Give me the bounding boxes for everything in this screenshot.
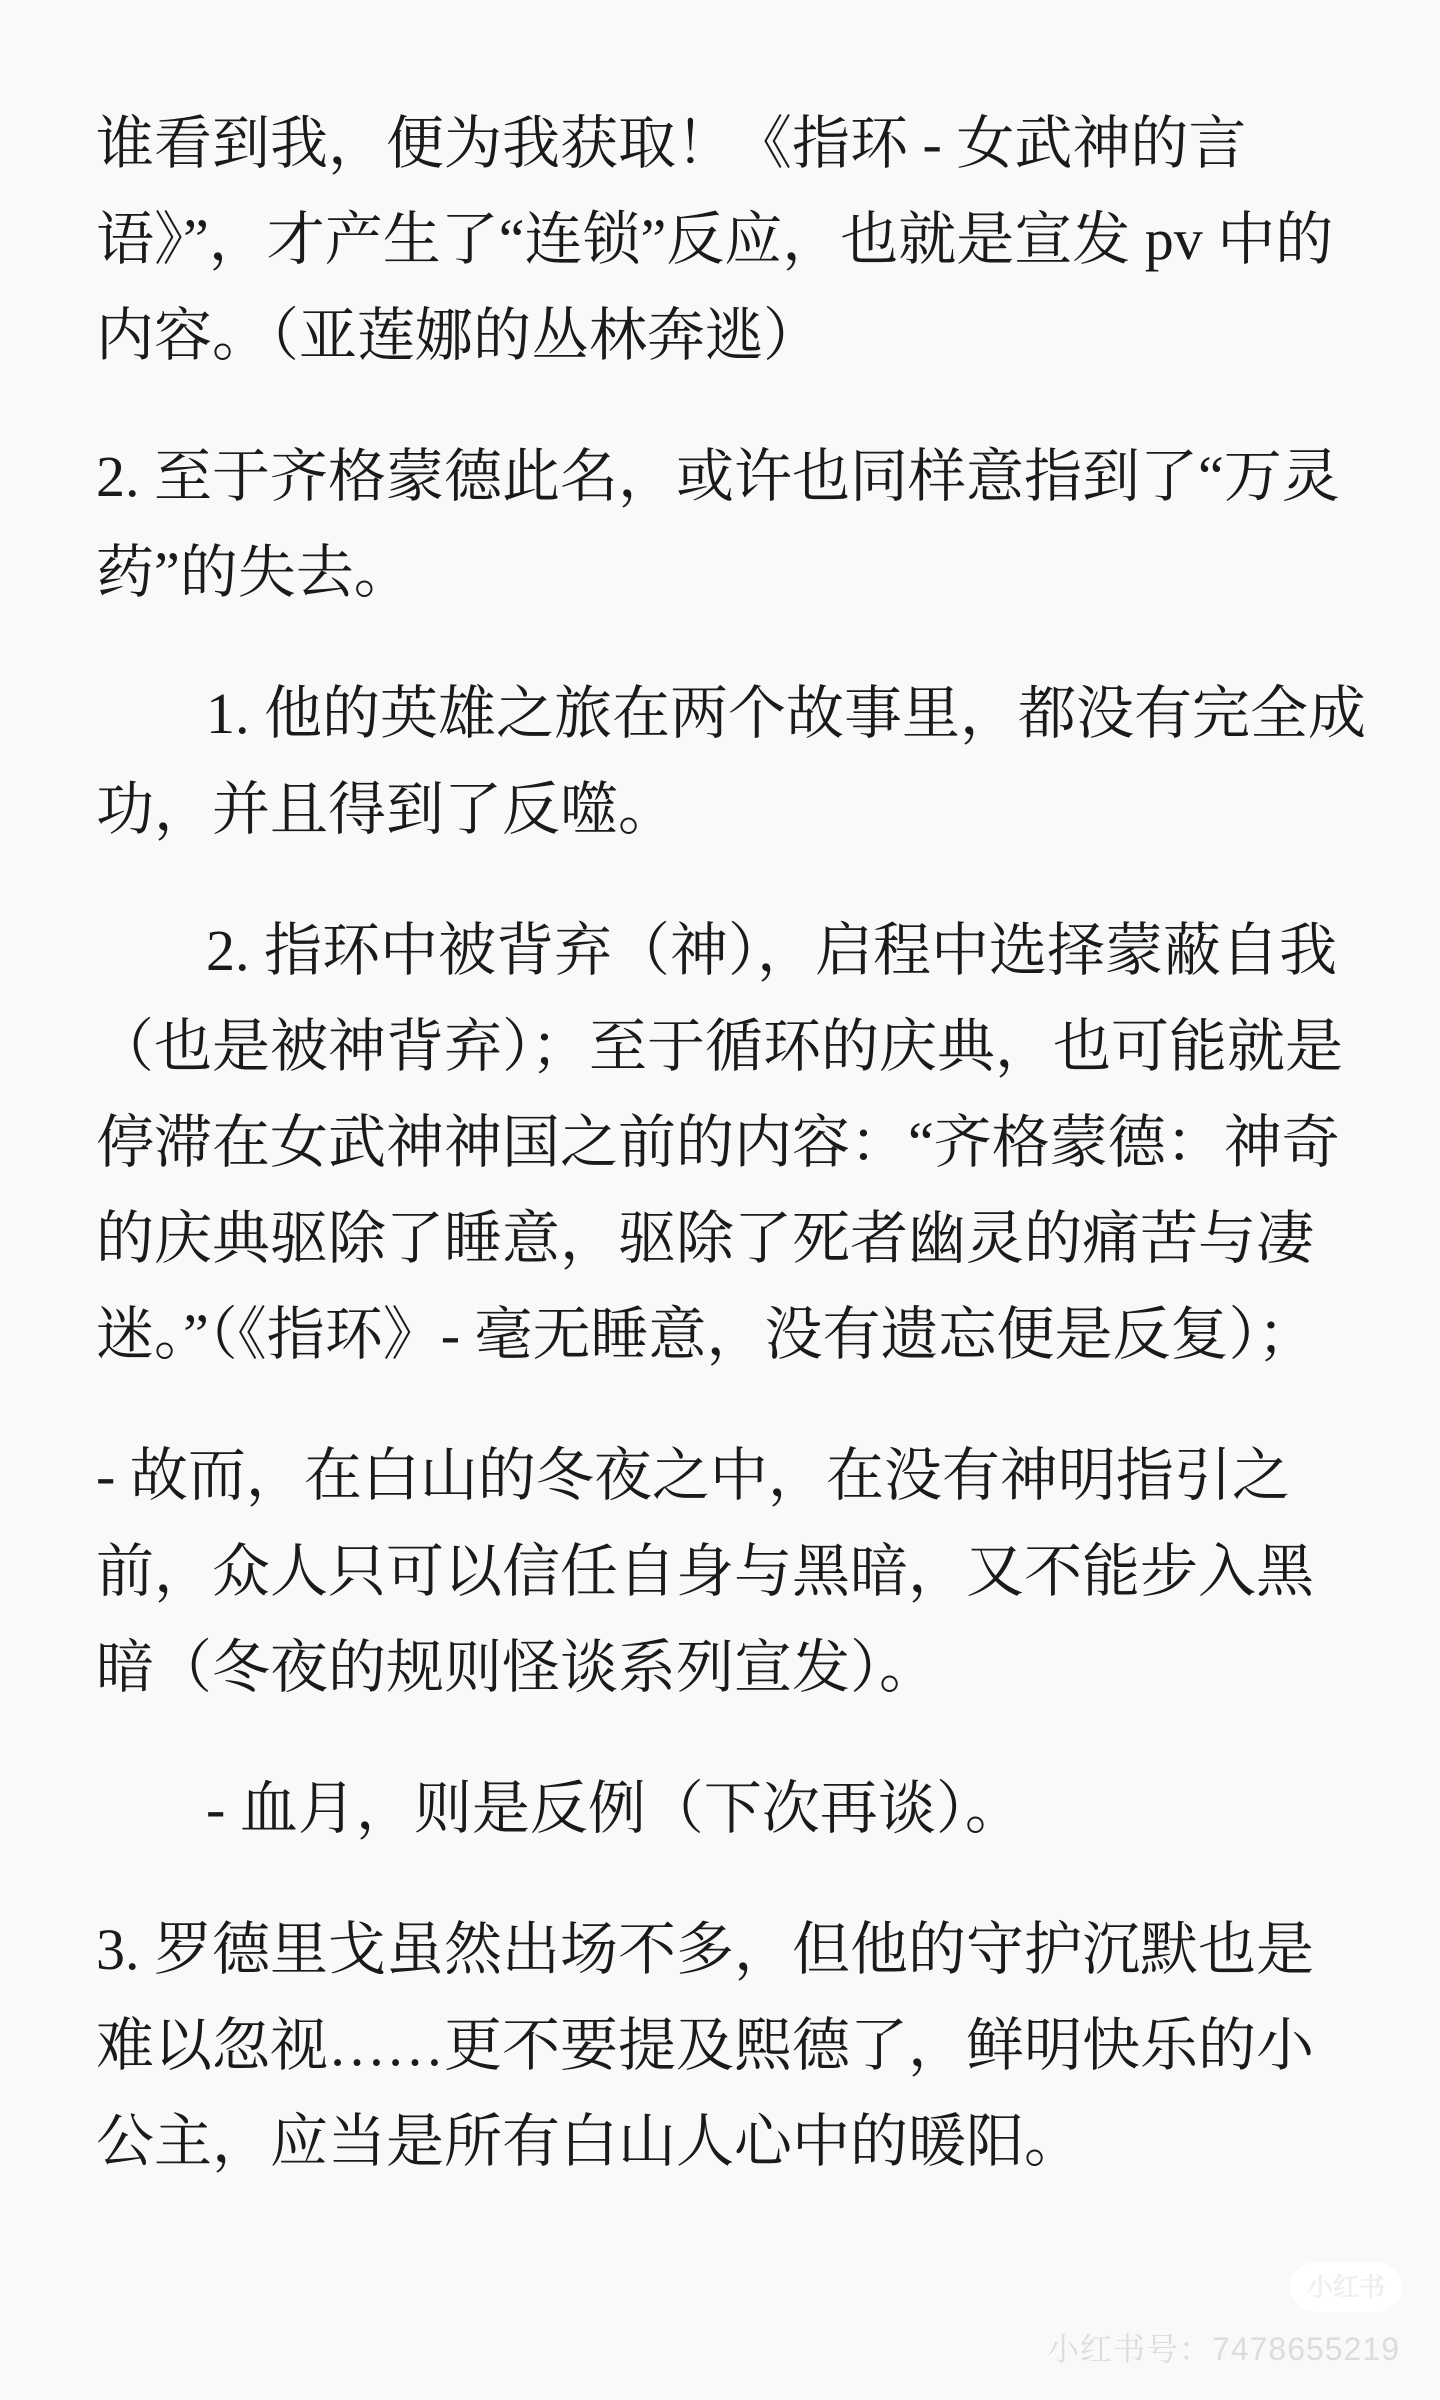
paragraph: 2. 至于齐格蒙德此名，或许也同样意指到了“万灵药”的失去。 xyxy=(96,429,1370,621)
paragraph: - 故而，在白山的冬夜之中，在没有神明指引之前，众人只可以信任自身与黑暗，又不能… xyxy=(96,1428,1370,1716)
xiaohongshu-id-watermark: 小红书号：7478655219 xyxy=(1047,2324,1400,2370)
xiaohongshu-logo-badge: 小红书 xyxy=(1290,2262,1402,2312)
xiaohongshu-logo-text: 小红书 xyxy=(1307,2272,1385,2302)
paragraph: - 血月，则是反例（下次再谈）。 xyxy=(96,1761,1370,1857)
paragraph: 2. 指环中被背弃（神），启程中选择蒙蔽自我（也是被神背弃）；至于循环的庆典，也… xyxy=(96,903,1370,1383)
text-post-page: 谁看到我，便为我获取！《指环 - 女武神的言语》”，才产生了“连锁”反应，也就是… xyxy=(0,0,1440,2400)
article-body: 谁看到我，便为我获取！《指环 - 女武神的言语》”，才产生了“连锁”反应，也就是… xyxy=(0,0,1440,2190)
paragraph: 3. 罗德里戈虽然出场不多，但他的守护沉默也是难以忽视……更不要提及熙德了，鲜明… xyxy=(96,1902,1370,2190)
paragraph: 谁看到我，便为我获取！《指环 - 女武神的言语》”，才产生了“连锁”反应，也就是… xyxy=(96,96,1370,384)
paragraph: 1. 他的英雄之旅在两个故事里，都没有完全成功，并且得到了反噬。 xyxy=(96,666,1370,858)
